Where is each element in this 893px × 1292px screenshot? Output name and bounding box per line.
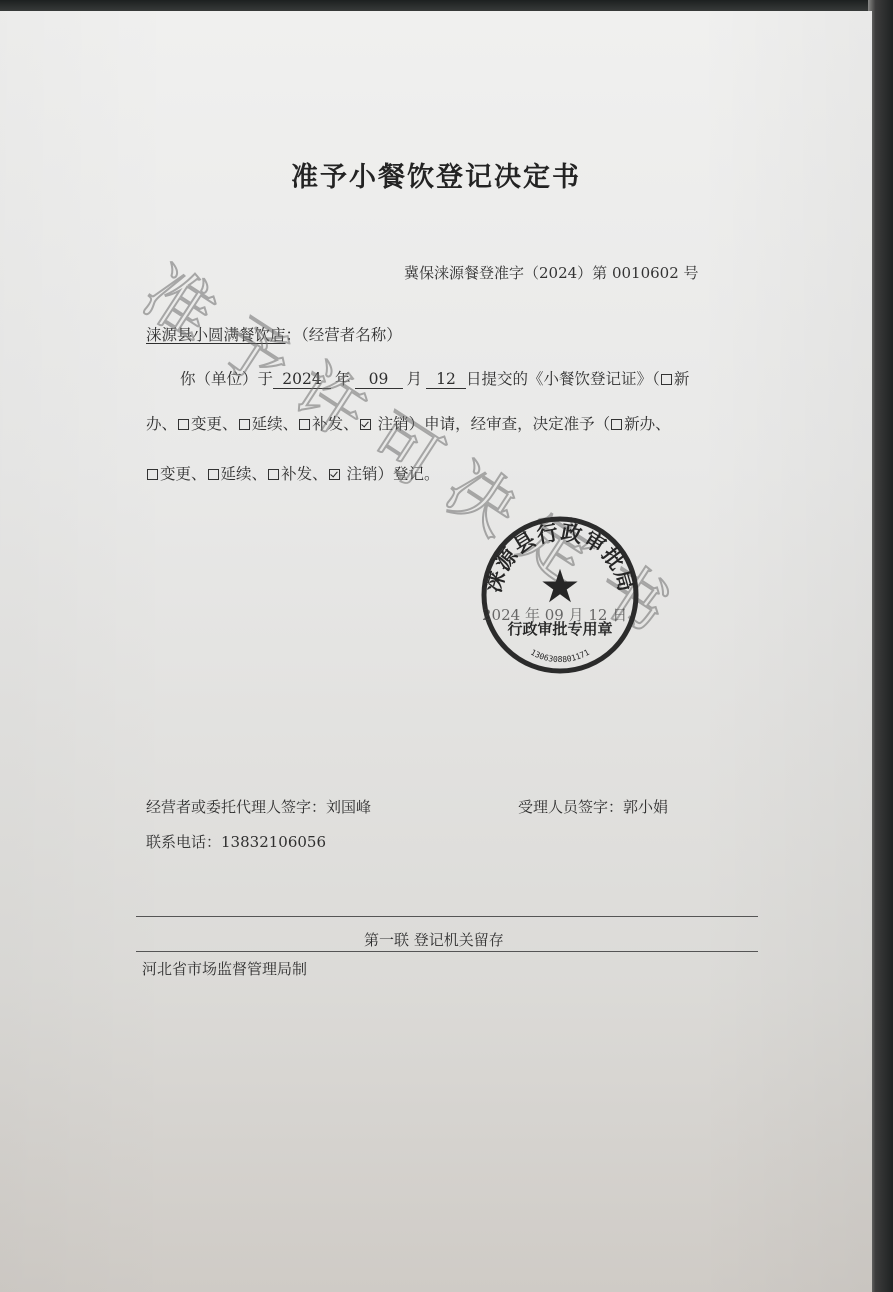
issuer-label: 河北省市场监督管理局制 [142, 958, 307, 979]
option-checkbox-change [178, 419, 189, 430]
document-paper [0, 11, 872, 1292]
option-checkbox-renew [239, 419, 250, 430]
document-title: 准予小餐饮登记决定书 [0, 155, 872, 194]
operator-signature-label: 经营者或委托代理人签字： [146, 798, 326, 816]
option-checkbox [661, 374, 672, 385]
operator-signature: 经营者或委托代理人签字：刘国峰 [146, 796, 371, 817]
decision-checkbox-cancel-checked [329, 469, 340, 480]
footer-divider-bottom [136, 951, 758, 952]
svg-text:1306308801171: 1306308801171 [529, 648, 591, 665]
decision-checkbox-renew [208, 469, 219, 480]
phone-number: 13832106056 [221, 833, 326, 851]
seal-date: 2024 年 09 月 12 日 [482, 604, 627, 625]
handler-signature-name: 郭小娟 [623, 798, 668, 816]
month-unit: 月 [407, 370, 423, 388]
contact-phone: 联系电话：13832106056 [146, 831, 326, 852]
decision-checkbox-change [147, 469, 158, 480]
document-number: 冀保涞源餐登准字（2024）第 0010602 号 [404, 262, 699, 283]
day-field: 12 [426, 370, 466, 389]
official-seal: 涞源县行政审批局 ★ 行政审批专用章 1306308801171 [478, 514, 642, 676]
submission-text: 日提交的《小餐饮登记证》（ [466, 370, 660, 388]
copy-label: 第一联 登记机关留存 [364, 929, 504, 950]
decision-checkbox-new [611, 419, 622, 430]
decision-checkbox-reissue [268, 469, 279, 480]
seal-code: 1306308801171 [529, 648, 591, 665]
footer-divider-top [136, 916, 758, 917]
handler-signature-label: 受理人员签字： [518, 798, 623, 816]
operator-signature-name: 刘国峰 [326, 798, 371, 816]
phone-label: 联系电话： [146, 833, 221, 851]
handler-signature: 受理人员签字：郭小娟 [518, 796, 668, 817]
